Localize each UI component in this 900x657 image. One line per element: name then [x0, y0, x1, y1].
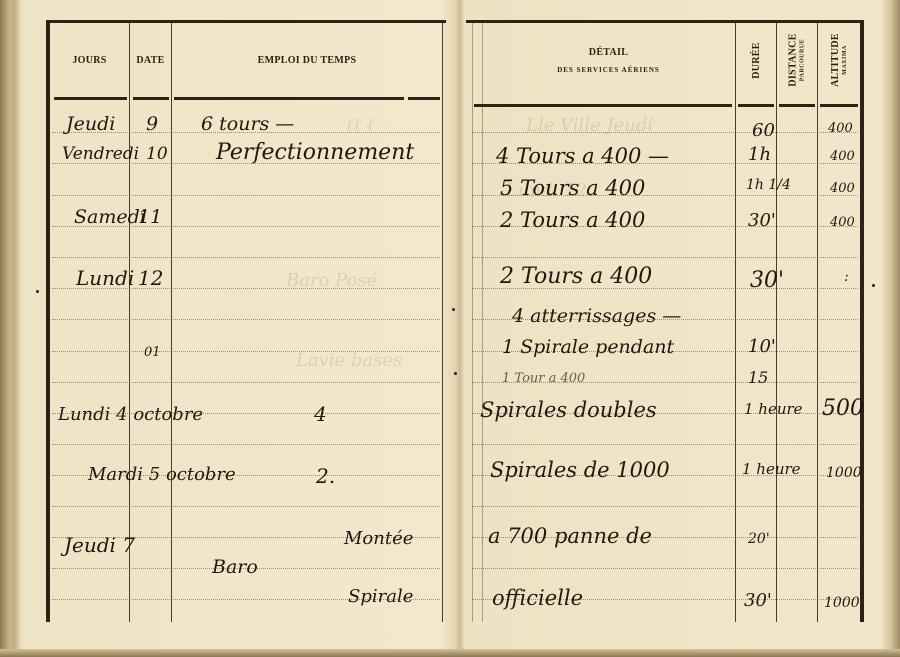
header-emploi: EMPLOI DU TEMPS	[172, 23, 442, 97]
ruled-line	[52, 506, 440, 507]
header-rule	[779, 104, 815, 107]
entry-date: 01	[144, 346, 161, 359]
bleed-through-text: Lle Ville Jeudi	[526, 115, 653, 136]
entry-jour: Jeudi	[66, 115, 115, 134]
header-duree: DURÉE	[736, 23, 776, 97]
entry-duree: 20'	[748, 532, 770, 546]
header-altitude-label: ALTITUDE	[830, 33, 841, 87]
header-emploi-label: EMPLOI DU TEMPS	[258, 55, 357, 66]
ruled-line	[472, 444, 858, 445]
entry-detail: Spirales de 1000	[490, 460, 670, 481]
right-page: DÉTAIL DES SERVICES AÉRIENS DURÉE DISTAN…	[466, 20, 864, 622]
entry-emploi: 6 tours —	[201, 115, 294, 134]
header-distance-label: DISTANCE	[788, 33, 799, 86]
entry-jour: Jeudi 7	[64, 535, 135, 555]
col-divider-emploi-right	[442, 23, 443, 622]
header-date-label: DATE	[136, 55, 164, 66]
entry-duree: 1h	[748, 146, 771, 164]
entry-detail: 2 Tours a 400	[500, 210, 645, 231]
entry-detail: officielle	[492, 588, 583, 609]
entry-altitude: 1000	[824, 596, 860, 610]
header-jours-label: JOURS	[72, 55, 106, 66]
ink-speck	[36, 290, 39, 293]
book-gutter	[455, 0, 465, 657]
entry-duree: 30'	[748, 212, 776, 230]
margin-line	[482, 23, 483, 622]
entry-altitude: 400	[830, 216, 855, 229]
ink-speck	[452, 308, 455, 311]
entry-detail: Spirales doubles	[480, 400, 657, 421]
entry-emploi: Montée	[344, 530, 413, 548]
header-date: DATE	[130, 23, 171, 97]
entry-altitude: 400	[828, 122, 853, 135]
ruled-line	[472, 257, 858, 258]
entry-jour: Lundi	[76, 268, 134, 288]
entry-duree: 1 heure	[742, 462, 801, 477]
entry-detail: 2 Tours a 400	[500, 266, 652, 288]
ink-speck	[872, 284, 875, 287]
entry-detail: 1 Spirale pendant	[502, 338, 674, 357]
header-altitude: ALTITUDE MAXIMA	[818, 23, 860, 97]
entry-jour: Vendredi	[62, 146, 139, 163]
entry-detail: 5 Tours a 400	[500, 178, 645, 199]
col-divider-distance-altitude	[817, 23, 818, 622]
header-rule	[408, 97, 440, 100]
header-rule	[820, 104, 858, 107]
entry-emploi: Spirale	[348, 588, 413, 606]
col-divider-date-emploi	[171, 23, 172, 622]
header-detail-label: DÉTAIL	[589, 47, 628, 58]
header-duree-label: DURÉE	[750, 42, 761, 79]
header-detail-sublabel: DES SERVICES AÉRIENS	[557, 66, 660, 74]
entry-detail: 4 atterrissages —	[512, 307, 681, 326]
page-edge	[0, 649, 900, 657]
logbook-spread: JOURS DATE EMPLOI DU TEMPS ℓℓ ℓ Baro Pos…	[0, 0, 900, 657]
ruled-line	[52, 444, 440, 445]
entry-date: 12	[138, 268, 163, 288]
header-rule	[133, 97, 169, 100]
header-rule	[738, 104, 774, 107]
bleed-through-text: Lavie bases	[296, 350, 402, 371]
entry-detail: a 700 panne de	[488, 526, 652, 547]
left-page: JOURS DATE EMPLOI DU TEMPS ℓℓ ℓ Baro Pos…	[46, 20, 446, 622]
entry-duree: 1h 1/4	[746, 178, 791, 192]
entry-duree: 15	[748, 370, 768, 386]
entry-emploi: Baro	[212, 558, 258, 577]
entry-duree: 30'	[744, 592, 772, 610]
entry-emploi: Perfectionnement	[216, 142, 414, 164]
entry-emploi: 4	[314, 404, 327, 424]
entry-detail: 1 Tour a 400	[502, 372, 585, 385]
entry-date: 11	[138, 208, 162, 227]
header-detail: DÉTAIL DES SERVICES AÉRIENS	[482, 23, 735, 97]
margin-line	[472, 23, 473, 622]
header-rule	[174, 97, 404, 100]
header-jours: JOURS	[50, 23, 129, 97]
entry-jour: Samedi	[74, 208, 146, 227]
entry-detail: 4 Tours a 400 —	[496, 146, 669, 167]
entry-jour: Lundi 4 octobre	[58, 406, 203, 424]
entry-jour: Mardi 5 octobre	[88, 466, 236, 484]
frame-left	[46, 20, 50, 622]
entry-altitude: 1000	[826, 466, 862, 480]
bleed-through-text: ℓℓ ℓ	[346, 115, 374, 136]
entry-date: 10	[146, 146, 168, 163]
entry-altitude: 500	[822, 398, 864, 420]
entry-altitude: 400	[830, 150, 855, 163]
header-rule	[54, 97, 127, 100]
frame-right	[860, 20, 864, 622]
entry-date: 9	[146, 115, 158, 134]
col-divider-detail-duree	[735, 23, 736, 622]
header-distance: DISTANCE PARCOURUE	[777, 23, 817, 97]
header-rule	[474, 104, 732, 107]
entry-altitude: :	[844, 270, 849, 284]
ruled-line	[52, 257, 440, 258]
ruled-line	[472, 568, 858, 569]
ruled-line	[52, 382, 440, 383]
ruled-line	[472, 506, 858, 507]
col-divider-duree-distance	[776, 23, 777, 622]
header-altitude-sublabel: MAXIMA	[842, 45, 848, 75]
entry-altitude: 400	[830, 182, 855, 195]
header-distance-sublabel: PARCOURUE	[800, 39, 806, 81]
ruled-line	[52, 319, 440, 320]
entry-duree: 1 heure	[744, 402, 803, 417]
entry-emploi: 2.	[316, 466, 335, 486]
ink-speck	[454, 372, 457, 375]
entry-duree: 10'	[748, 338, 776, 356]
bleed-through-text: Baro Posé	[286, 270, 377, 291]
ruled-line	[52, 195, 440, 196]
entry-duree: 60	[752, 122, 775, 140]
entry-duree: 30'	[750, 270, 784, 292]
